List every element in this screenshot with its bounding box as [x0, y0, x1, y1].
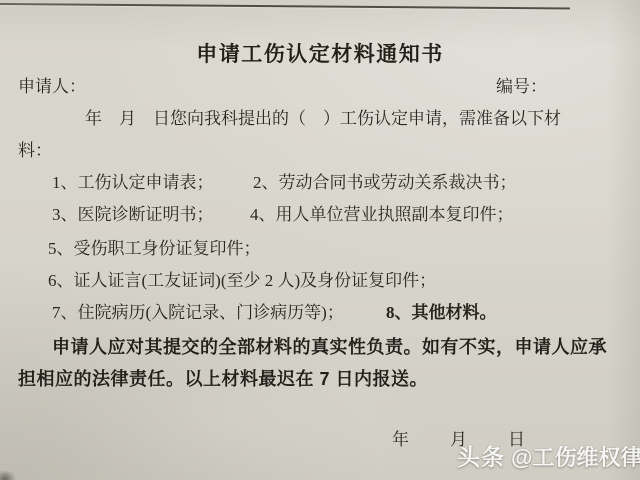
material-item-8: 8、其他材料。: [386, 303, 497, 323]
watermark-handle: @工伤维权律师网: [511, 445, 640, 470]
intro-line-1: 年 月 日您向我科提出的（ ）工伤认定申请，需准备以下材: [85, 109, 561, 129]
responsibility-notice-line-1: 申请人应对其提交的全部材料的真实性负责。如有不实，申请人应承: [52, 337, 607, 359]
material-item-2: 2、劳动合同书或劳动关系裁决书；: [253, 173, 517, 193]
material-item-1: 1、工伤认定申请表；: [52, 173, 214, 193]
material-item-4: 4、用人单位营业执照副本复印件；: [250, 205, 514, 225]
material-item-5: 5、受伤职工身份证复印件；: [48, 239, 261, 259]
document-title: 申请工伤认定材料通知书: [0, 42, 640, 67]
toutiao-logo-text: 头条: [457, 444, 505, 470]
applicant-label: 申请人：: [18, 77, 86, 97]
material-item-3: 3、医院诊断证明书；: [52, 205, 214, 225]
material-item-7: 7、住院病历(入院记录、门诊病历等)；: [52, 303, 344, 323]
photographed-notice-document: 申请工伤认定材料通知书 申请人： 编号： 年 月 日您向我科提出的（ ）工伤认定…: [0, 0, 640, 480]
paper-top-edge: [0, 3, 570, 9]
intro-line-2: 料：: [18, 141, 52, 161]
code-label: 编号：: [496, 77, 547, 97]
responsibility-notice-line-2: 担相应的法律责任。以上材料最迟在 7 日内报送。: [18, 369, 428, 391]
bottom-left-corner-shadow: [0, 470, 16, 480]
toutiao-watermark: 头条@工伤维权律师网: [457, 444, 640, 471]
material-item-6: 6、证人证言(工友证词)(至少 2 人)及身份证复印件；: [48, 271, 436, 291]
